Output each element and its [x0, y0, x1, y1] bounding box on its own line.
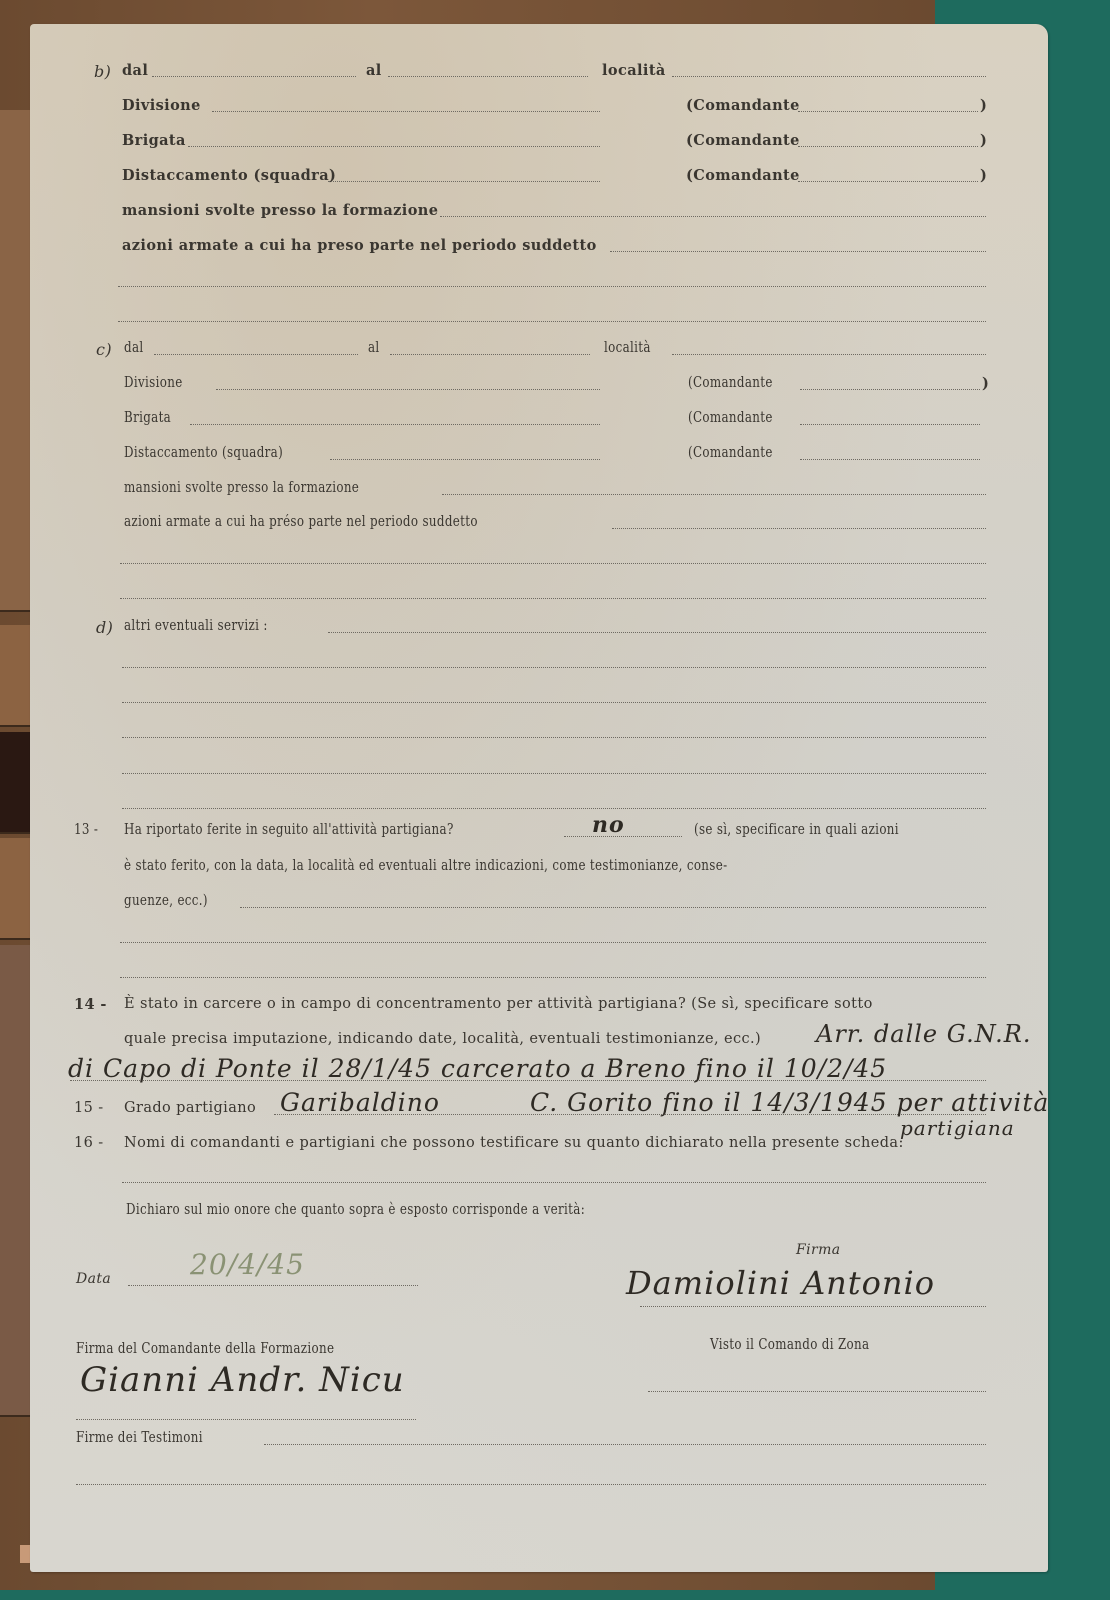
azioni-line[interactable] [120, 563, 986, 564]
divisione-field[interactable] [212, 111, 600, 112]
comandante-label: (Comandante [688, 410, 773, 426]
close-paren: ) [980, 97, 987, 114]
book-spine [0, 732, 32, 834]
q13-question-tail: (se sì, specificare in quali azioni [694, 822, 899, 838]
testimoni-line[interactable] [76, 1484, 986, 1485]
declaration-text: Dichiaro sul mio onore che quanto sopra … [126, 1202, 585, 1218]
visto-comando-label: Visto il Comando di Zona [710, 1337, 869, 1353]
altri-servizi-line[interactable] [122, 667, 986, 668]
distaccamento-field[interactable] [328, 181, 600, 182]
al-field[interactable] [388, 76, 588, 77]
azioni-line[interactable] [118, 321, 986, 322]
data-field[interactable] [128, 1285, 418, 1286]
q15-label: Grado partigiano [124, 1100, 256, 1116]
comandante-field[interactable] [800, 389, 980, 390]
close-paren: ) [980, 132, 987, 149]
localita-label: località [602, 62, 666, 79]
altri-servizi-label: altri eventuali servizi : [124, 618, 268, 634]
mansioni-field[interactable] [442, 494, 986, 495]
azioni-label: azioni armate a cui ha préso parte nel p… [124, 514, 478, 530]
divisione-label: Divisione [124, 375, 183, 391]
section-c-marker: c) [96, 340, 112, 359]
altri-servizi-field[interactable] [328, 632, 986, 633]
distaccamento-field[interactable] [330, 459, 600, 460]
azioni-field[interactable] [612, 528, 986, 529]
divisione-field[interactable] [216, 389, 600, 390]
comandante-formazione-label: Firma del Comandante della Formazione [76, 1341, 334, 1357]
altri-servizi-line[interactable] [122, 737, 986, 738]
book-spine [0, 110, 32, 612]
q15-number: 15 - [74, 1100, 104, 1116]
brigata-field[interactable] [190, 424, 600, 425]
comandante-field[interactable] [800, 424, 980, 425]
comandante-formazione-signature: Gianni Andr. Nicu [80, 1360, 405, 1400]
q13-question-line3: guenze, ecc.) [124, 893, 208, 909]
comandante-label: (Comandante [686, 97, 800, 114]
q16-number: 16 - [74, 1135, 104, 1151]
distaccamento-label: Distaccamento (squadra) [122, 167, 336, 184]
dal-field[interactable] [152, 76, 356, 77]
al-field[interactable] [390, 354, 590, 355]
form-sheet: b) dal al località Divisione (Comandante… [30, 24, 1048, 1572]
localita-label: località [604, 340, 651, 356]
q14-number: 14 - [74, 996, 107, 1013]
book-spine [0, 838, 32, 940]
section-b-marker: b) [94, 62, 111, 81]
data-value: 20/4/45 [190, 1248, 305, 1281]
q13-question-line2: è stato ferito, con la data, la località… [124, 858, 727, 874]
q13-details-line[interactable] [120, 942, 986, 943]
mansioni-label: mansioni svolte presso la formazione [124, 480, 359, 496]
q13-details-line[interactable] [120, 977, 986, 978]
brigata-label: Brigata [122, 132, 186, 149]
localita-field[interactable] [672, 354, 986, 355]
comandante-label: (Comandante [688, 375, 773, 391]
firma-signature: Damiolini Antonio [626, 1264, 935, 1302]
al-label: al [368, 340, 380, 356]
firma-label: Firma [796, 1242, 841, 1258]
comandante-label: (Comandante [686, 167, 800, 184]
section-d-marker: d) [96, 618, 113, 637]
altri-servizi-line[interactable] [122, 702, 986, 703]
brigata-label: Brigata [124, 410, 171, 426]
brigata-field[interactable] [188, 146, 600, 147]
altri-servizi-line[interactable] [122, 773, 986, 774]
mansioni-label: mansioni svolte presso la formazione [122, 202, 438, 219]
q13-number: 13 - [74, 822, 98, 838]
close-paren: ) [980, 167, 987, 184]
q16-line[interactable] [122, 1182, 986, 1183]
q14-answer-line3: C. Gorito fino il 14/3/1945 per attività [530, 1088, 1049, 1117]
altri-servizi-line[interactable] [122, 808, 986, 809]
book-spine [0, 945, 32, 1417]
q14-answer-line2: di Capo di Ponte il 28/1/45 carcerato a … [68, 1054, 887, 1083]
q13-answer: no [592, 812, 625, 838]
book-spine [0, 625, 32, 727]
azioni-field[interactable] [610, 251, 986, 252]
q14-question-line2: quale precisa imputazione, indicando dat… [124, 1031, 761, 1047]
visto-comando-field[interactable] [648, 1391, 986, 1392]
azioni-line[interactable] [120, 598, 986, 599]
comandante-field[interactable] [800, 459, 980, 460]
data-label: Data [76, 1271, 111, 1287]
q15-answer: Garibaldino [280, 1088, 440, 1117]
comandante-label: (Comandante [686, 132, 800, 149]
q16-label: Nomi di comandanti e partigiani che poss… [124, 1135, 904, 1151]
dal-label: dal [122, 62, 148, 79]
testimoni-field[interactable] [264, 1444, 986, 1445]
localita-field[interactable] [672, 76, 986, 77]
comandante-formazione-field[interactable] [76, 1419, 416, 1420]
q14-answer-line4: partigiana [900, 1116, 1015, 1140]
comandante-field[interactable] [798, 181, 978, 182]
azioni-label: azioni armate a cui ha preso parte nel p… [122, 237, 597, 254]
close-paren: ) [982, 375, 989, 392]
comandante-field[interactable] [798, 111, 978, 112]
q14-answer-line1: Arr. dalle G.N.R. [816, 1020, 1032, 1048]
distaccamento-label: Distaccamento (squadra) [124, 445, 283, 461]
q14-question: È stato in carcere o in campo di concent… [124, 996, 873, 1012]
firma-field[interactable] [640, 1306, 986, 1307]
divisione-label: Divisione [122, 97, 201, 114]
dal-label: dal [124, 340, 143, 356]
comandante-field[interactable] [798, 146, 978, 147]
mansioni-field[interactable] [440, 216, 986, 217]
dal-field[interactable] [154, 354, 358, 355]
azioni-line[interactable] [118, 286, 986, 287]
testimoni-label: Firme dei Testimoni [76, 1430, 203, 1446]
comandante-label: (Comandante [688, 445, 773, 461]
q13-details-field[interactable] [240, 907, 986, 908]
q13-question: Ha riportato ferite in seguito all'attiv… [124, 822, 454, 838]
al-label: al [366, 62, 382, 79]
